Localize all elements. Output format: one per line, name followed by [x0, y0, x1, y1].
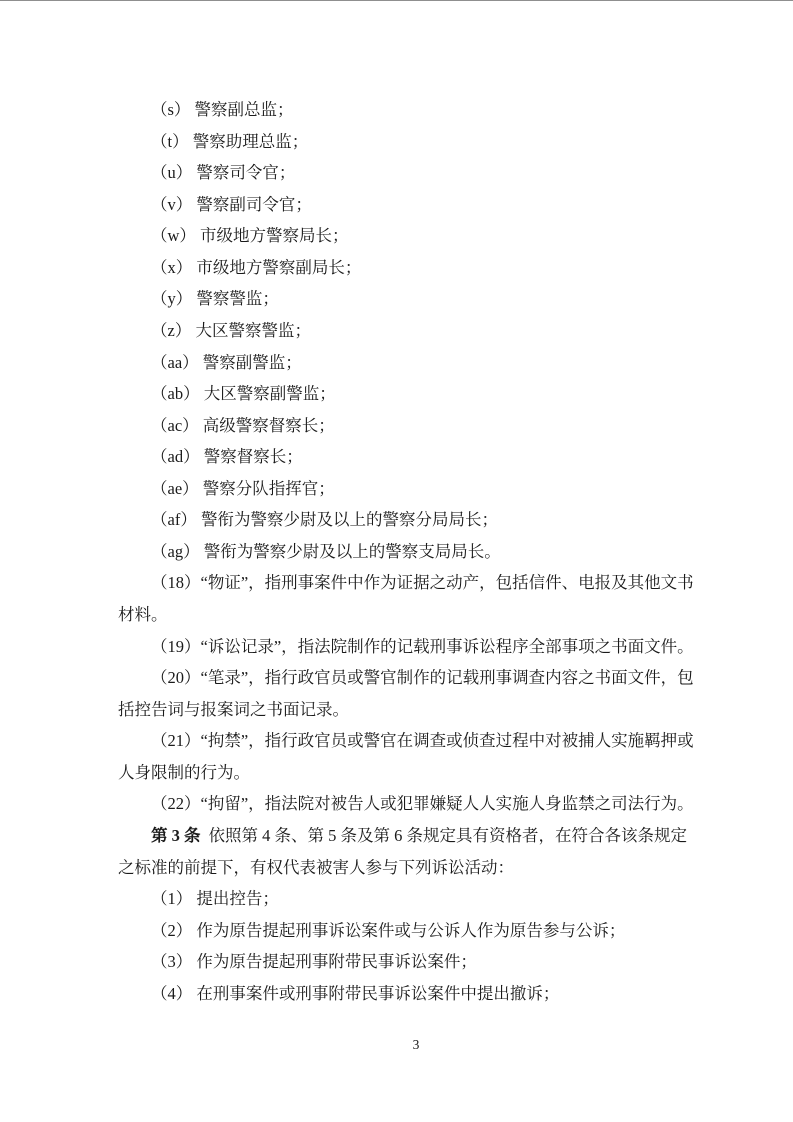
page-number: 3 — [118, 1037, 714, 1053]
rank-item-ad: （ad） 警察督察长； — [118, 441, 714, 473]
activity-item-2: （2） 作为原告提起刑事诉讼案件或与公诉人作为原告参与公诉； — [118, 915, 714, 947]
document-body: （s） 警察副总监； （t） 警察助理总监； （u） 警察司令官； （v） 警察… — [118, 94, 714, 1009]
activity-item-4: （4） 在刑事案件或刑事附带民事诉讼案件中提出撤诉； — [118, 978, 714, 1010]
rank-item-y: （y） 警察警监； — [118, 283, 714, 315]
definition-18-line-1: （18）“物证”，指刑事案件中作为证据之动产，包括信件、电报及其他文书 — [118, 567, 714, 599]
rank-item-w: （w） 市级地方警察局长； — [118, 220, 714, 252]
rank-item-af: （af） 警衔为警察少尉及以上的警察分局局长； — [118, 504, 714, 536]
rank-item-t: （t） 警察助理总监； — [118, 126, 714, 158]
article-3-line-2: 之标准的前提下，有权代表被害人参与下列诉讼活动： — [118, 852, 714, 884]
rank-item-s: （s） 警察副总监； — [118, 94, 714, 126]
definition-21-line-1: （21）“拘禁”，指行政官员或警官在调查或侦查过程中对被捕人实施羁押或 — [118, 725, 714, 757]
definition-22-line-1: （22）“拘留”，指法院对被告人或犯罪嫌疑人人实施人身监禁之司法行为。 — [118, 788, 714, 820]
rank-item-ab: （ab） 大区警察副警监； — [118, 378, 714, 410]
rank-item-ag: （ag） 警衔为警察少尉及以上的警察支局局长。 — [118, 536, 714, 568]
definition-20-line-2: 括控告词与报案词之书面记录。 — [118, 694, 714, 726]
definition-19-line-1: （19）“诉讼记录”，指法院制作的记载刑事诉讼程序全部事项之书面文件。 — [118, 631, 714, 663]
definition-21-line-2: 人身限制的行为。 — [118, 757, 714, 789]
definition-20-line-1: （20）“笔录”，指行政官员或警官制作的记载刑事调查内容之书面文件，包 — [118, 662, 714, 694]
rank-item-v: （v） 警察副司令官； — [118, 189, 714, 221]
definition-18-line-2: 材料。 — [118, 599, 714, 631]
rank-item-ac: （ac） 高级警察督察长； — [118, 410, 714, 442]
activity-item-3: （3） 作为原告提起刑事附带民事诉讼案件； — [118, 946, 714, 978]
activity-item-1: （1） 提出控告； — [118, 883, 714, 915]
article-3-number: 第 3 条 — [151, 826, 201, 845]
rank-item-x: （x） 市级地方警察副局长； — [118, 252, 714, 284]
article-3-line-1: 第 3 条依照第 4 条、第 5 条及第 6 条规定具有资格者，在符合各该条规定 — [118, 820, 714, 852]
document-page: （s） 警察副总监； （t） 警察助理总监； （u） 警察司令官； （v） 警察… — [0, 0, 793, 1122]
rank-item-z: （z） 大区警察警监； — [118, 315, 714, 347]
rank-item-ae: （ae） 警察分队指挥官； — [118, 473, 714, 505]
rank-item-aa: （aa） 警察副警监； — [118, 347, 714, 379]
article-3-text: 依照第 4 条、第 5 条及第 6 条规定具有资格者，在符合各该条规定 — [209, 826, 688, 845]
rank-item-u: （u） 警察司令官； — [118, 157, 714, 189]
